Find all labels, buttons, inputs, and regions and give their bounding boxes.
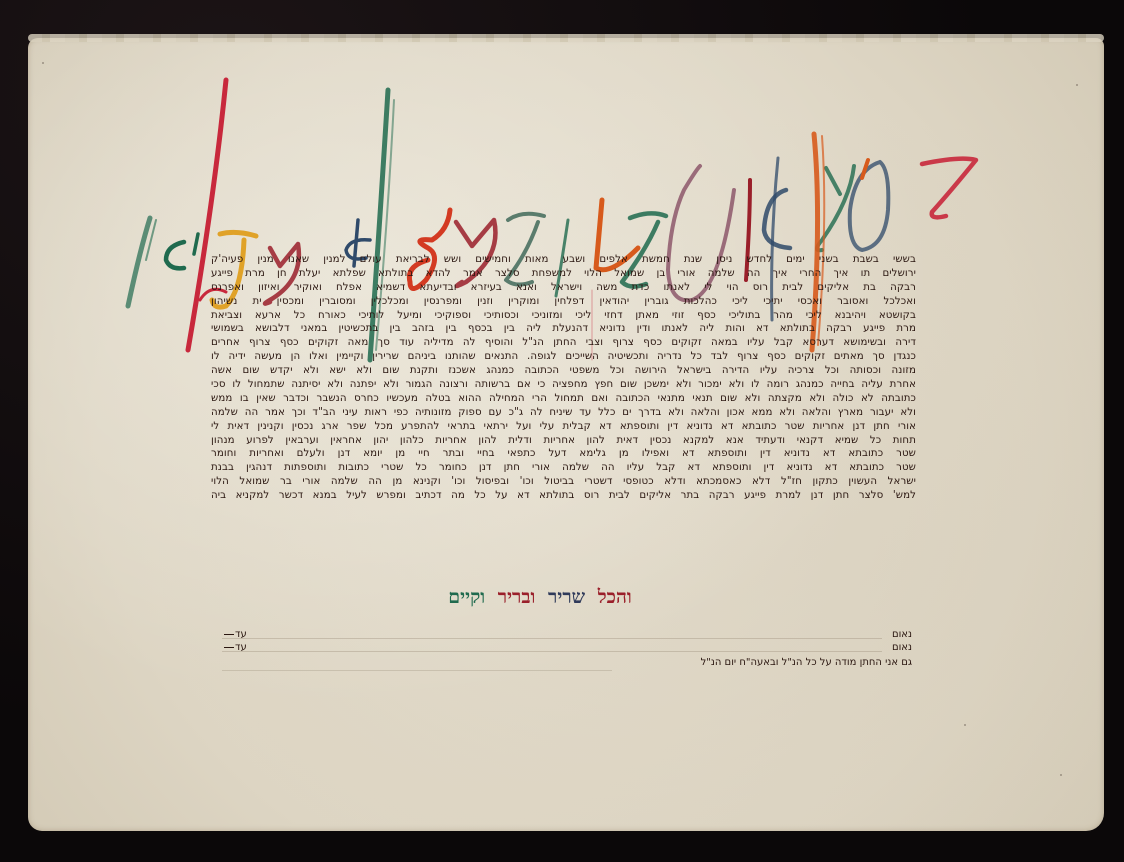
closing-formula: והכל שריר ובריר וקיים (430, 586, 650, 609)
text-line: בקושטא ויהיבנא ליכי מהר בתוליכי כסף זוזי… (211, 309, 916, 323)
paper-speck (964, 724, 966, 726)
witness-line-1: נאום עד (222, 628, 912, 641)
formula-word: שריר (548, 586, 585, 608)
formula-word: ובריר (498, 586, 536, 608)
witness-role-label: עד (224, 628, 247, 641)
text-line: ולא יעבור מארץ והלאה ולא ממא אכון והלאה … (211, 406, 916, 420)
ketubah-body-text: בששי בשבת בשני ימים לחדש ניסן שנת חמשת א… (211, 253, 916, 503)
text-line: מרת פייגע רבקה בתולתא דא והות ליה לאנתו … (211, 322, 916, 336)
text-line: כנגדן סך מאתים זקוקים כסף צרוף לבד כל נד… (211, 350, 916, 364)
signature-rule (222, 670, 612, 671)
witness-line-2: נאום עד (222, 641, 912, 654)
paper-speck (1060, 774, 1062, 776)
text-line: שטר כתובתא דא נדוניא דין ותוספתא דא קבל … (211, 461, 916, 475)
groom-acknowledgment: גם אני החתן מודה על כל הנ"ל ובאעה"ח יום … (222, 656, 912, 670)
paper-speck (42, 62, 44, 64)
signature-rule (222, 638, 882, 639)
text-line: דירה ובשימושא דערסא קבל עליו במאה זקוקים… (211, 336, 916, 350)
witness-label: נאום (892, 628, 912, 641)
text-line: תחות כל שמיא דקנאי ודעתיד אנא למקנא נכסי… (211, 434, 916, 448)
text-line: אחרת עליה בחייה כמנהג רומה לו ולא ימכור … (211, 378, 916, 392)
witness-role-label: עד (224, 641, 247, 654)
text-line: כתובתה לא כולה ולא מקצתה ולא שום תנאי מת… (211, 392, 916, 406)
signature-block: נאום עד נאום עד גם אני החתן מודה על כל ה… (222, 628, 912, 670)
text-line: שטר כתובתא דא נדוניא דין ותוספתא דא ואפי… (211, 447, 916, 461)
signature-rule (222, 651, 882, 652)
text-line: ירושלים תו איך החרי איך הה שלמה אורי בן … (211, 267, 916, 281)
formula-word: וקיים (448, 586, 485, 608)
text-line: ואכלכל ואסובר ואכסי יתיכי ליכי כהלכות גו… (211, 295, 916, 309)
text-line: אורי חתן דנן אחריות שטר כתובתא דא נדוניא… (211, 420, 916, 434)
text-line: למש' סלצר חתן דנן למרת פייגע רבקה בתר אל… (211, 489, 916, 503)
text-line: מזונה וכסותה וכל צרכיה עליו הדירה בישראל… (211, 364, 916, 378)
witness-label: נאום (892, 641, 912, 654)
text-line: ישראל העשוין כתקון חז"ל דלא כאסמכתא ודלא… (211, 475, 916, 489)
text-line: בששי בשבת בשני ימים לחדש ניסן שנת חמשת א… (211, 253, 916, 267)
formula-word: והכל (598, 586, 632, 608)
paper-speck (1076, 84, 1078, 86)
text-line: רבקה בת אליקים לבית רוס הוי לי לאנתו כדת… (211, 281, 916, 295)
